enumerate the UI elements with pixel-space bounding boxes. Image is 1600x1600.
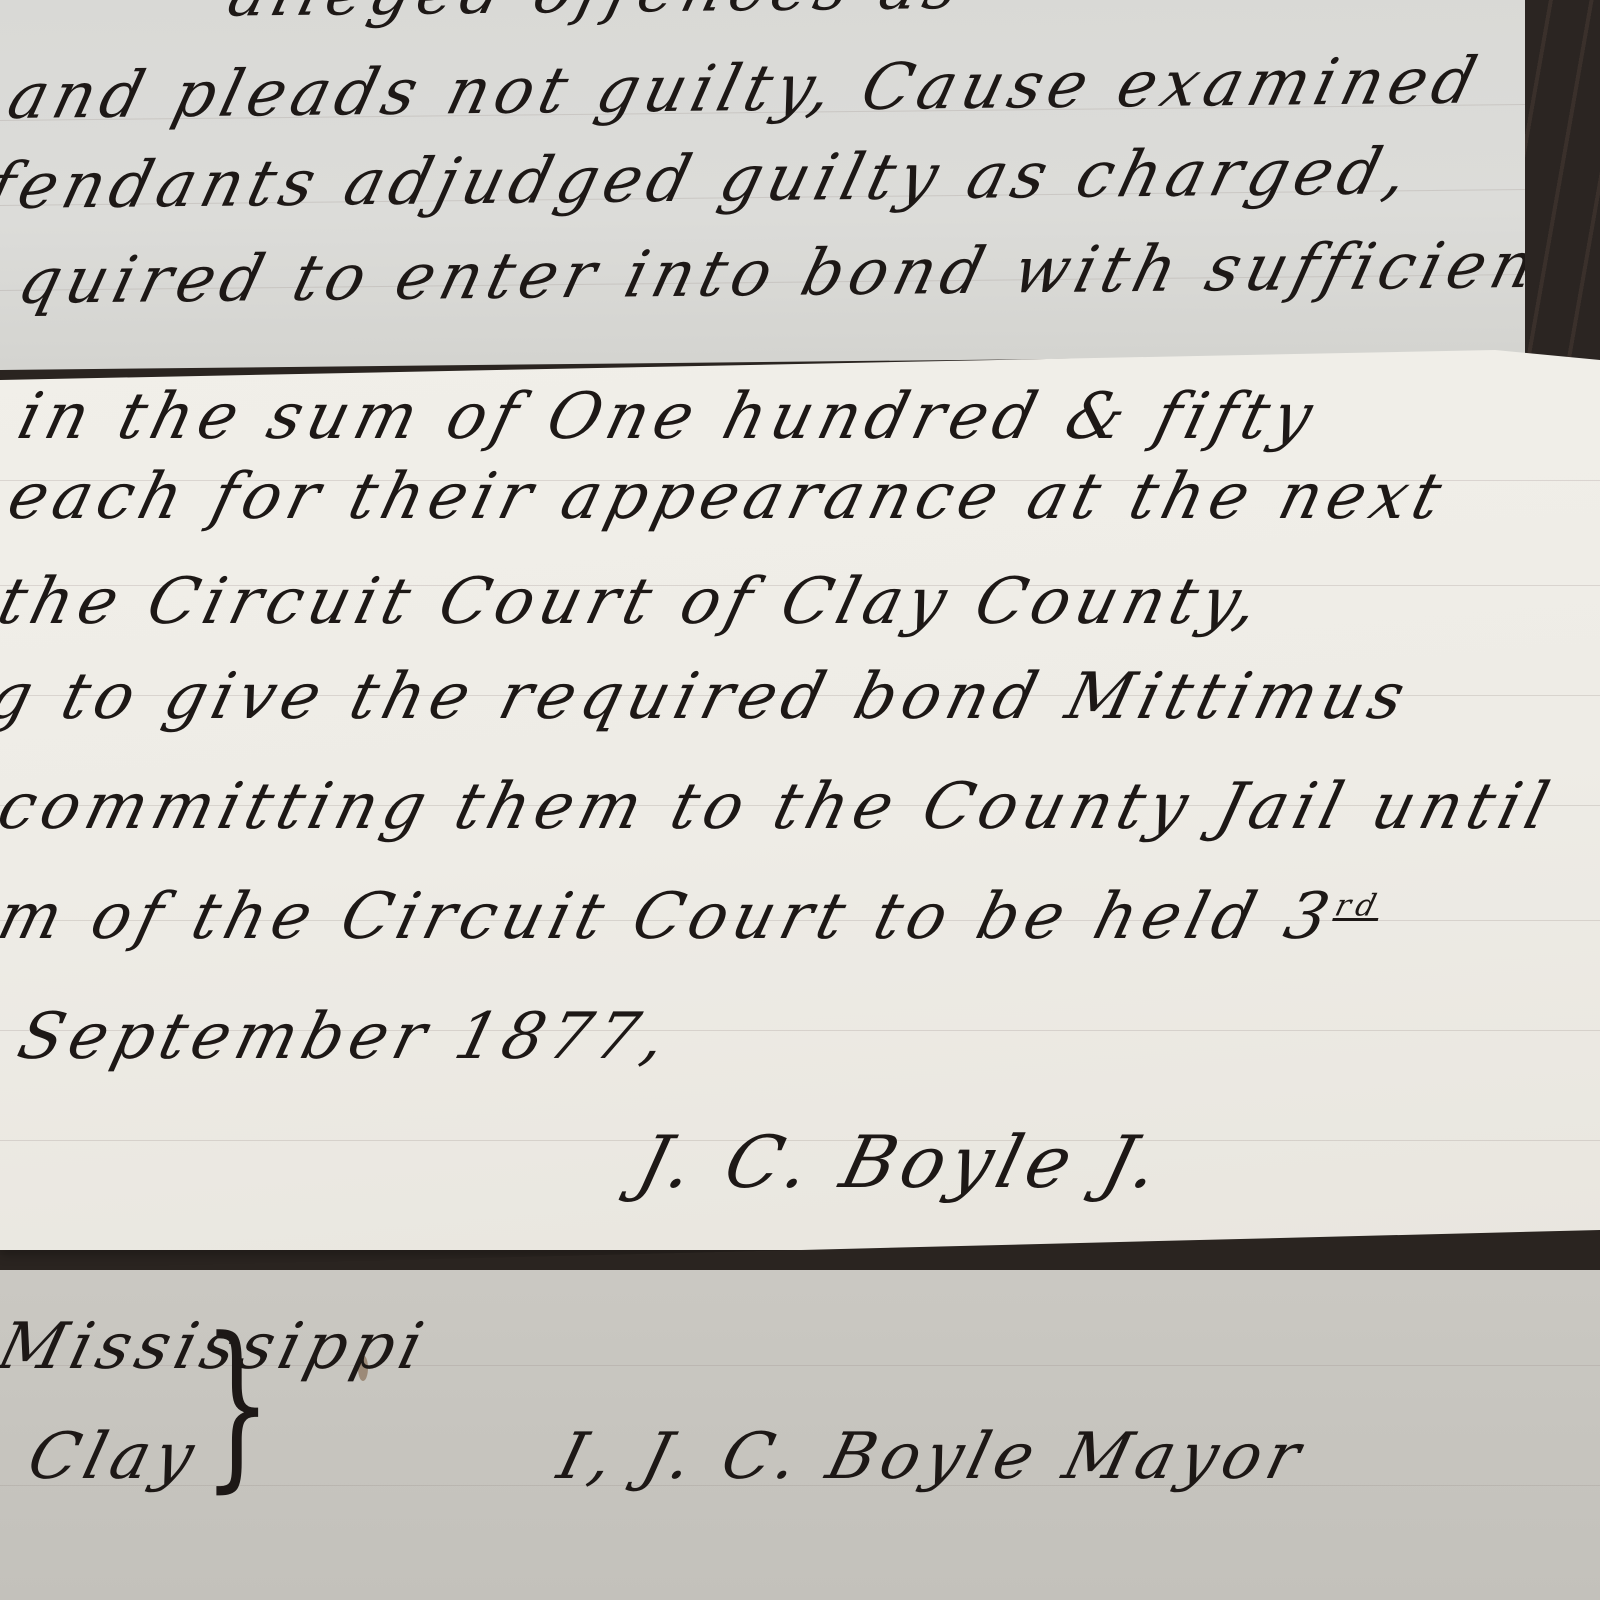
top-page-fold: alleged offences as and pleads not guilt… [0, 0, 1525, 370]
handwritten-line: I, J. C. Boyle Mayor [551, 1420, 1314, 1494]
handwritten-line: alleged offences as [221, 0, 973, 32]
county-heading: Clay [21, 1420, 207, 1494]
ordinal-suffix: rd [1331, 889, 1385, 924]
line-text: m of the Circuit Court to be held 3 [0, 880, 1342, 954]
handwritten-line: in the sum of One hundred & fifty [11, 380, 1326, 454]
handwritten-line: g to give the required bond Mittimus [0, 660, 1418, 734]
date-line: September 1877, [11, 1000, 679, 1074]
handwritten-line: the Circuit Court of Clay County, [0, 565, 1272, 639]
handwritten-line: each for their appearance at the next [1, 460, 1455, 534]
bottom-page-fold: Mississippi Clay } I, J. C. Boyle Mayor [0, 1270, 1600, 1600]
handwritten-line: and pleads not guilty, Cause examined [1, 44, 1490, 134]
brace-mark: } [203, 1300, 272, 1509]
handwritten-line: committing them to the County Jail until [0, 770, 1562, 844]
handwritten-line: m of the Circuit Court to be held 3rd [0, 880, 1388, 954]
handwritten-line: fendants adjudged guilty as charged, [0, 135, 1421, 224]
signature: J. C. Boyle J. [630, 1120, 1174, 1204]
handwritten-line: quired to enter into bond with sufficien… [11, 228, 1525, 318]
middle-page-fold: in the sum of One hundred & fifty each f… [0, 350, 1600, 1250]
